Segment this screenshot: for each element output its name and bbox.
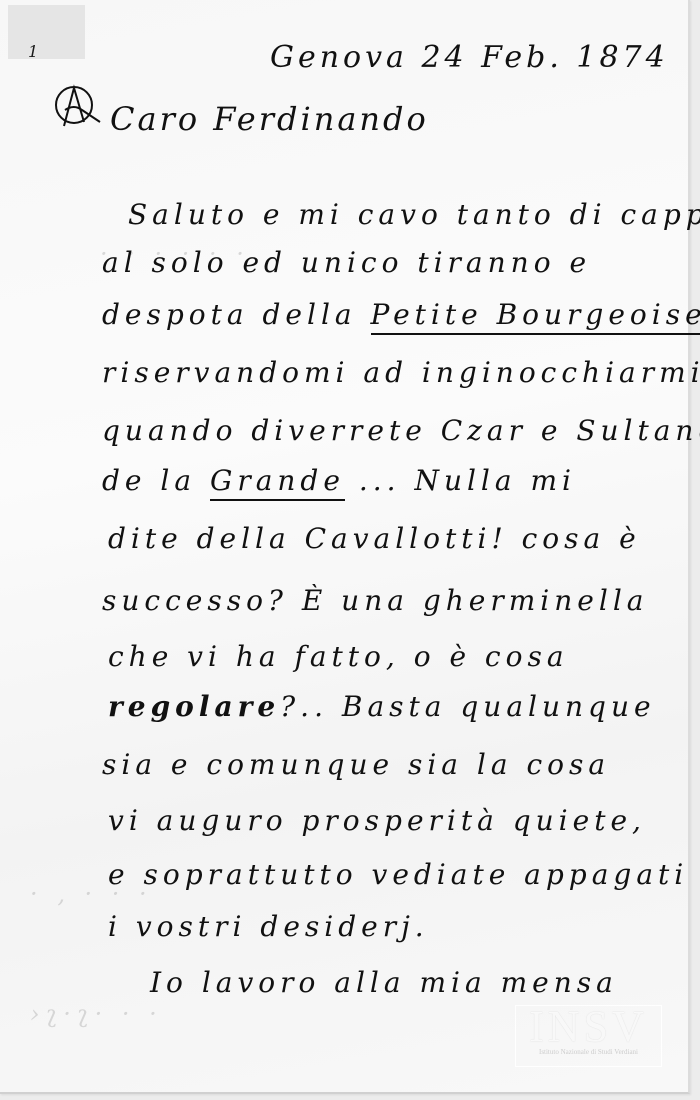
letter-line-9: che vi ha fatto, o è cosa (108, 640, 569, 673)
letter-line-6: de la Grande ... Nulla mi (102, 464, 576, 497)
letter-page: 1 Genova 24 Feb. 1874 Caro Ferdinando · … (0, 0, 690, 1094)
underlined-phrase: Grande (210, 464, 345, 501)
letter-line-7: dite della Cavallotti! cosa è (108, 522, 641, 555)
letter-salutation: Caro Ferdinando (110, 100, 429, 138)
anarchy-symbol-icon (52, 82, 104, 132)
bleed-through-text: ›ʅ·ʅ· · · (30, 1000, 163, 1028)
letter-line-15: Io lavoro alla mia mensa (150, 966, 618, 999)
page-number: 1 (28, 42, 38, 61)
letter-line-8: successo? È una gherminella (102, 584, 648, 617)
watermark-logo: INSV (516, 1006, 661, 1048)
letter-line-1: Saluto e mi cavo tanto di cappello (128, 198, 700, 231)
tape-patch (8, 5, 85, 59)
letter-dateline: Genova 24 Feb. 1874 (270, 40, 669, 75)
letter-line-11: sia e comunque sia la cosa (102, 748, 610, 781)
letter-line-5: quando diverrete Czar e Sultano (102, 414, 700, 447)
letter-line-13: e soprattutto vediate appagati (108, 858, 688, 891)
underlined-phrase: Petite Bourgeoise (371, 298, 700, 335)
letter-line-2: al solo ed unico tiranno e (102, 246, 591, 279)
letter-line-3: despota della Petite Bourgeoise: (102, 298, 700, 331)
letter-line-12: vi auguro prosperità quiete, (108, 804, 646, 837)
letter-line-4: riservandomi ad inginocchiarmi (102, 356, 700, 389)
emphasized-word: regolare (108, 690, 280, 723)
institution-watermark: INSV Istituto Nazionale di Studi Verdian… (515, 1005, 662, 1067)
letter-line-14: i vostri desiderj. (108, 910, 429, 943)
letter-line-10: regolare?.. Basta qualunque (108, 690, 656, 723)
